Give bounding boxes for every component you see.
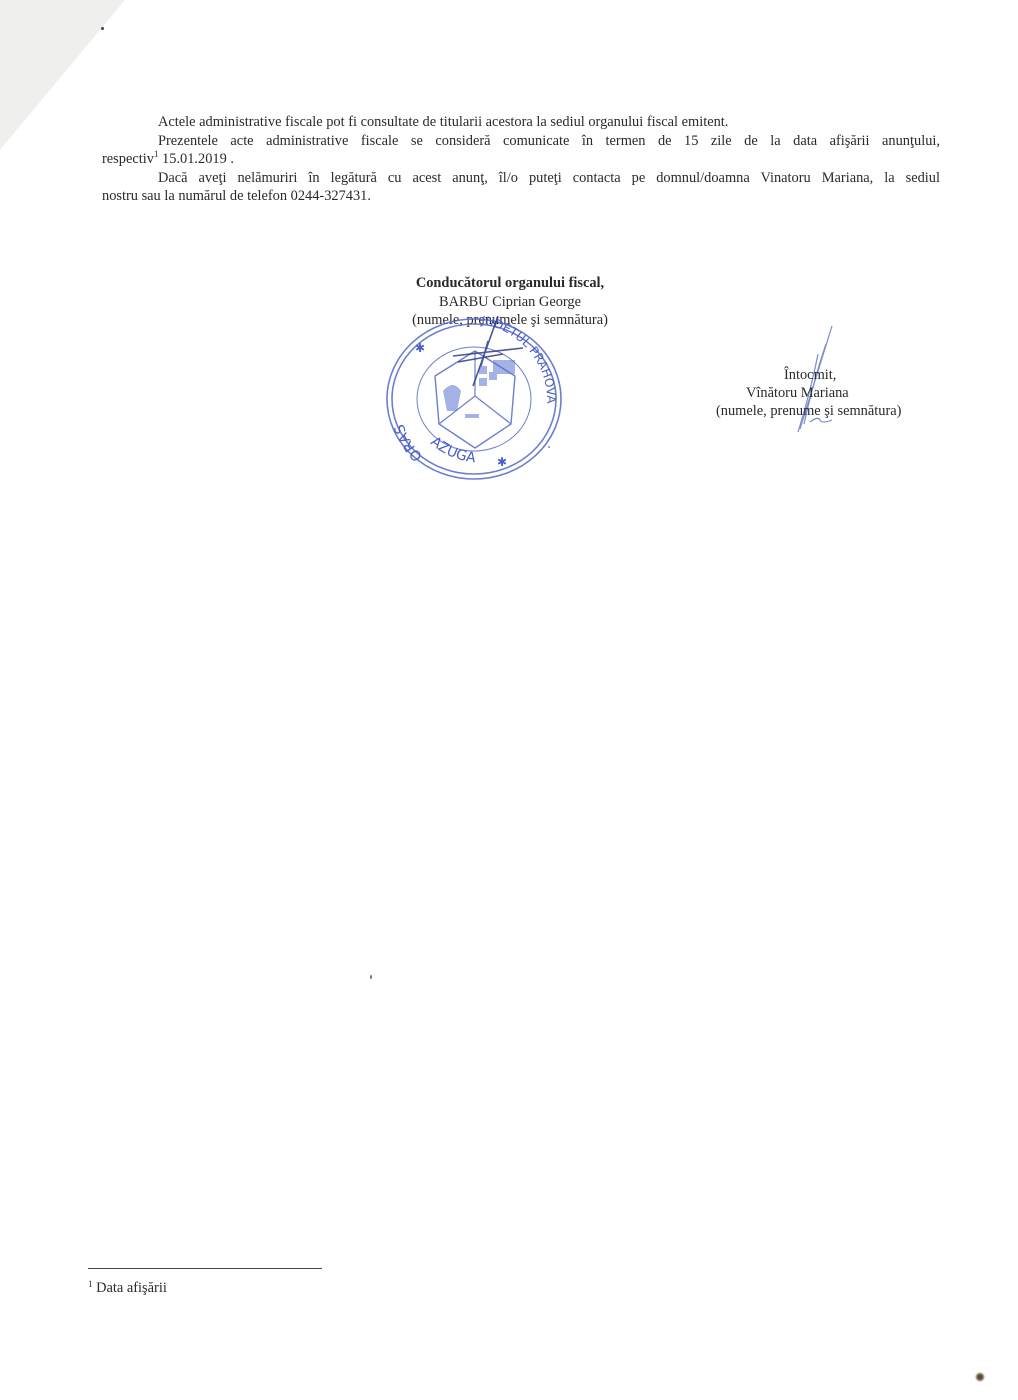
scan-speck	[101, 27, 104, 30]
head-title: Conducătorul organului fiscal,	[370, 274, 650, 293]
svg-text:✱: ✱	[497, 455, 507, 469]
paragraph-consult: Actele administrative fiscale pot fi con…	[102, 113, 940, 132]
respectiv-text: respectiv	[102, 151, 154, 167]
head-name: BARBU Ciprian George	[370, 293, 650, 312]
paragraph-communicated: Prezentele acte administrative fiscale s…	[102, 132, 940, 151]
footnote-text: Data afişării	[93, 1280, 167, 1296]
paragraph-contact-cont: nostru sau la numărul de telefon 0244-32…	[102, 187, 940, 206]
preparer-title: Întocmit,	[716, 366, 934, 384]
svg-text:✱: ✱	[415, 341, 425, 355]
svg-text:ORAS: ORAS	[392, 422, 426, 464]
official-stamp-icon: ORAS AZUGA JUDETUL PRAHOVA ✱ ✱	[383, 316, 565, 482]
footnote-divider	[88, 1268, 322, 1269]
svg-text:JUDETUL PRAHOVA: JUDETUL PRAHOVA	[479, 316, 558, 404]
svg-text:AZUGA: AZUGA	[427, 434, 477, 467]
paragraph-communicated-cont: respectiv1 15.01.2019 .	[102, 150, 940, 169]
preparer-signature-block: Întocmit, Vînătoru Mariana (numele, pren…	[716, 366, 934, 420]
announcement-body: Actele administrative fiscale pot fi con…	[102, 113, 940, 206]
display-date: 15.01.2019 .	[158, 151, 234, 167]
paragraph-contact: Dacă aveţi nelămuriri în legătură cu ace…	[102, 169, 940, 188]
scan-speck	[370, 975, 372, 979]
scan-speck	[548, 446, 550, 448]
preparer-caption: (numele, prenume şi semnătura)	[716, 402, 934, 420]
footnote: 1 Data afişării	[88, 1279, 167, 1297]
scan-smudge	[975, 1372, 985, 1382]
preparer-name: Vînătoru Mariana	[716, 384, 934, 402]
